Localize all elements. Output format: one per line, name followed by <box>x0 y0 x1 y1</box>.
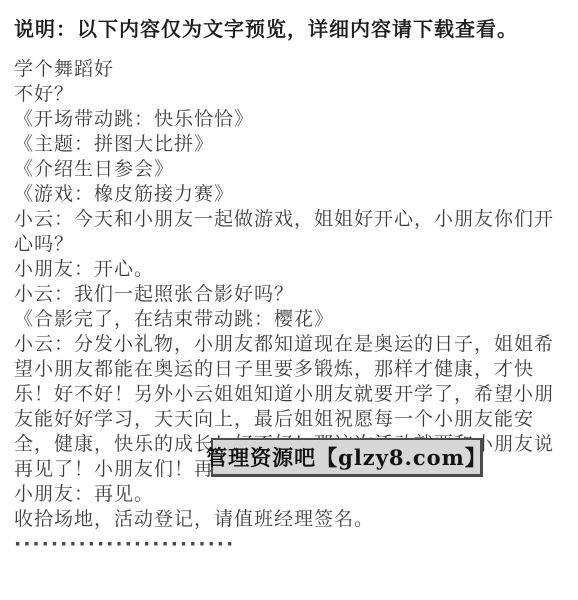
text-line: 不好？ <box>14 82 570 107</box>
text-line: 小朋友：再见。 <box>14 482 570 507</box>
text-line: 《开场带动跳：快乐恰恰》 <box>14 107 570 132</box>
watermark-label: 管理资源吧【glzy8.com】 <box>206 442 487 472</box>
watermark-box: 管理资源吧【glzy8.com】 <box>211 438 483 477</box>
text-line: 《介绍生日参会》 <box>14 157 570 182</box>
preview-notice: 说明：以下内容仅为文字预览，详细内容请下载查看。 <box>14 17 518 42</box>
text-line: 《合影完了，在结束带动跳：樱花》 <box>14 307 570 332</box>
text-line: 收拾场地，活动登记，请值班经理签名。 <box>14 507 570 532</box>
text-line: 小云：我们一起照张合影好吗？ <box>14 282 570 307</box>
text-line: 小云：今天和小朋友一起做游戏，姐姐好开心，小朋友你们开 <box>14 207 570 232</box>
text-line: 乐！好不好！另外小云姐姐知道小朋友就要开学了，希望小朋 <box>14 382 570 407</box>
text-line: 友能好好学习，天天向上，最后姐姐祝愿每一个小朋友能安 <box>14 407 570 432</box>
text-line: ························ <box>14 532 570 557</box>
text-line: 小朋友：开心。 <box>14 257 570 282</box>
text-line: 学个舞蹈好 <box>14 57 570 82</box>
text-line: 小云：分发小礼物，小朋友都知道现在是奥运的日子，姐姐希 <box>14 332 570 357</box>
text-line: 望小朋友都能在奥运的日子里要多锻炼，那样才健康，才快 <box>14 357 570 382</box>
text-preview-page: 说明：以下内容仅为文字预览，详细内容请下载查看。 学个舞蹈好不好？《开场带动跳：… <box>0 0 578 600</box>
text-line: 《主题：拼图大比拼》 <box>14 132 570 157</box>
text-line: 《游戏：橡皮筋接力赛》 <box>14 182 570 207</box>
preview-content: 学个舞蹈好不好？《开场带动跳：快乐恰恰》《主题：拼图大比拼》《介绍生日参会》《游… <box>14 57 570 557</box>
text-line: 心吗？ <box>14 232 570 257</box>
